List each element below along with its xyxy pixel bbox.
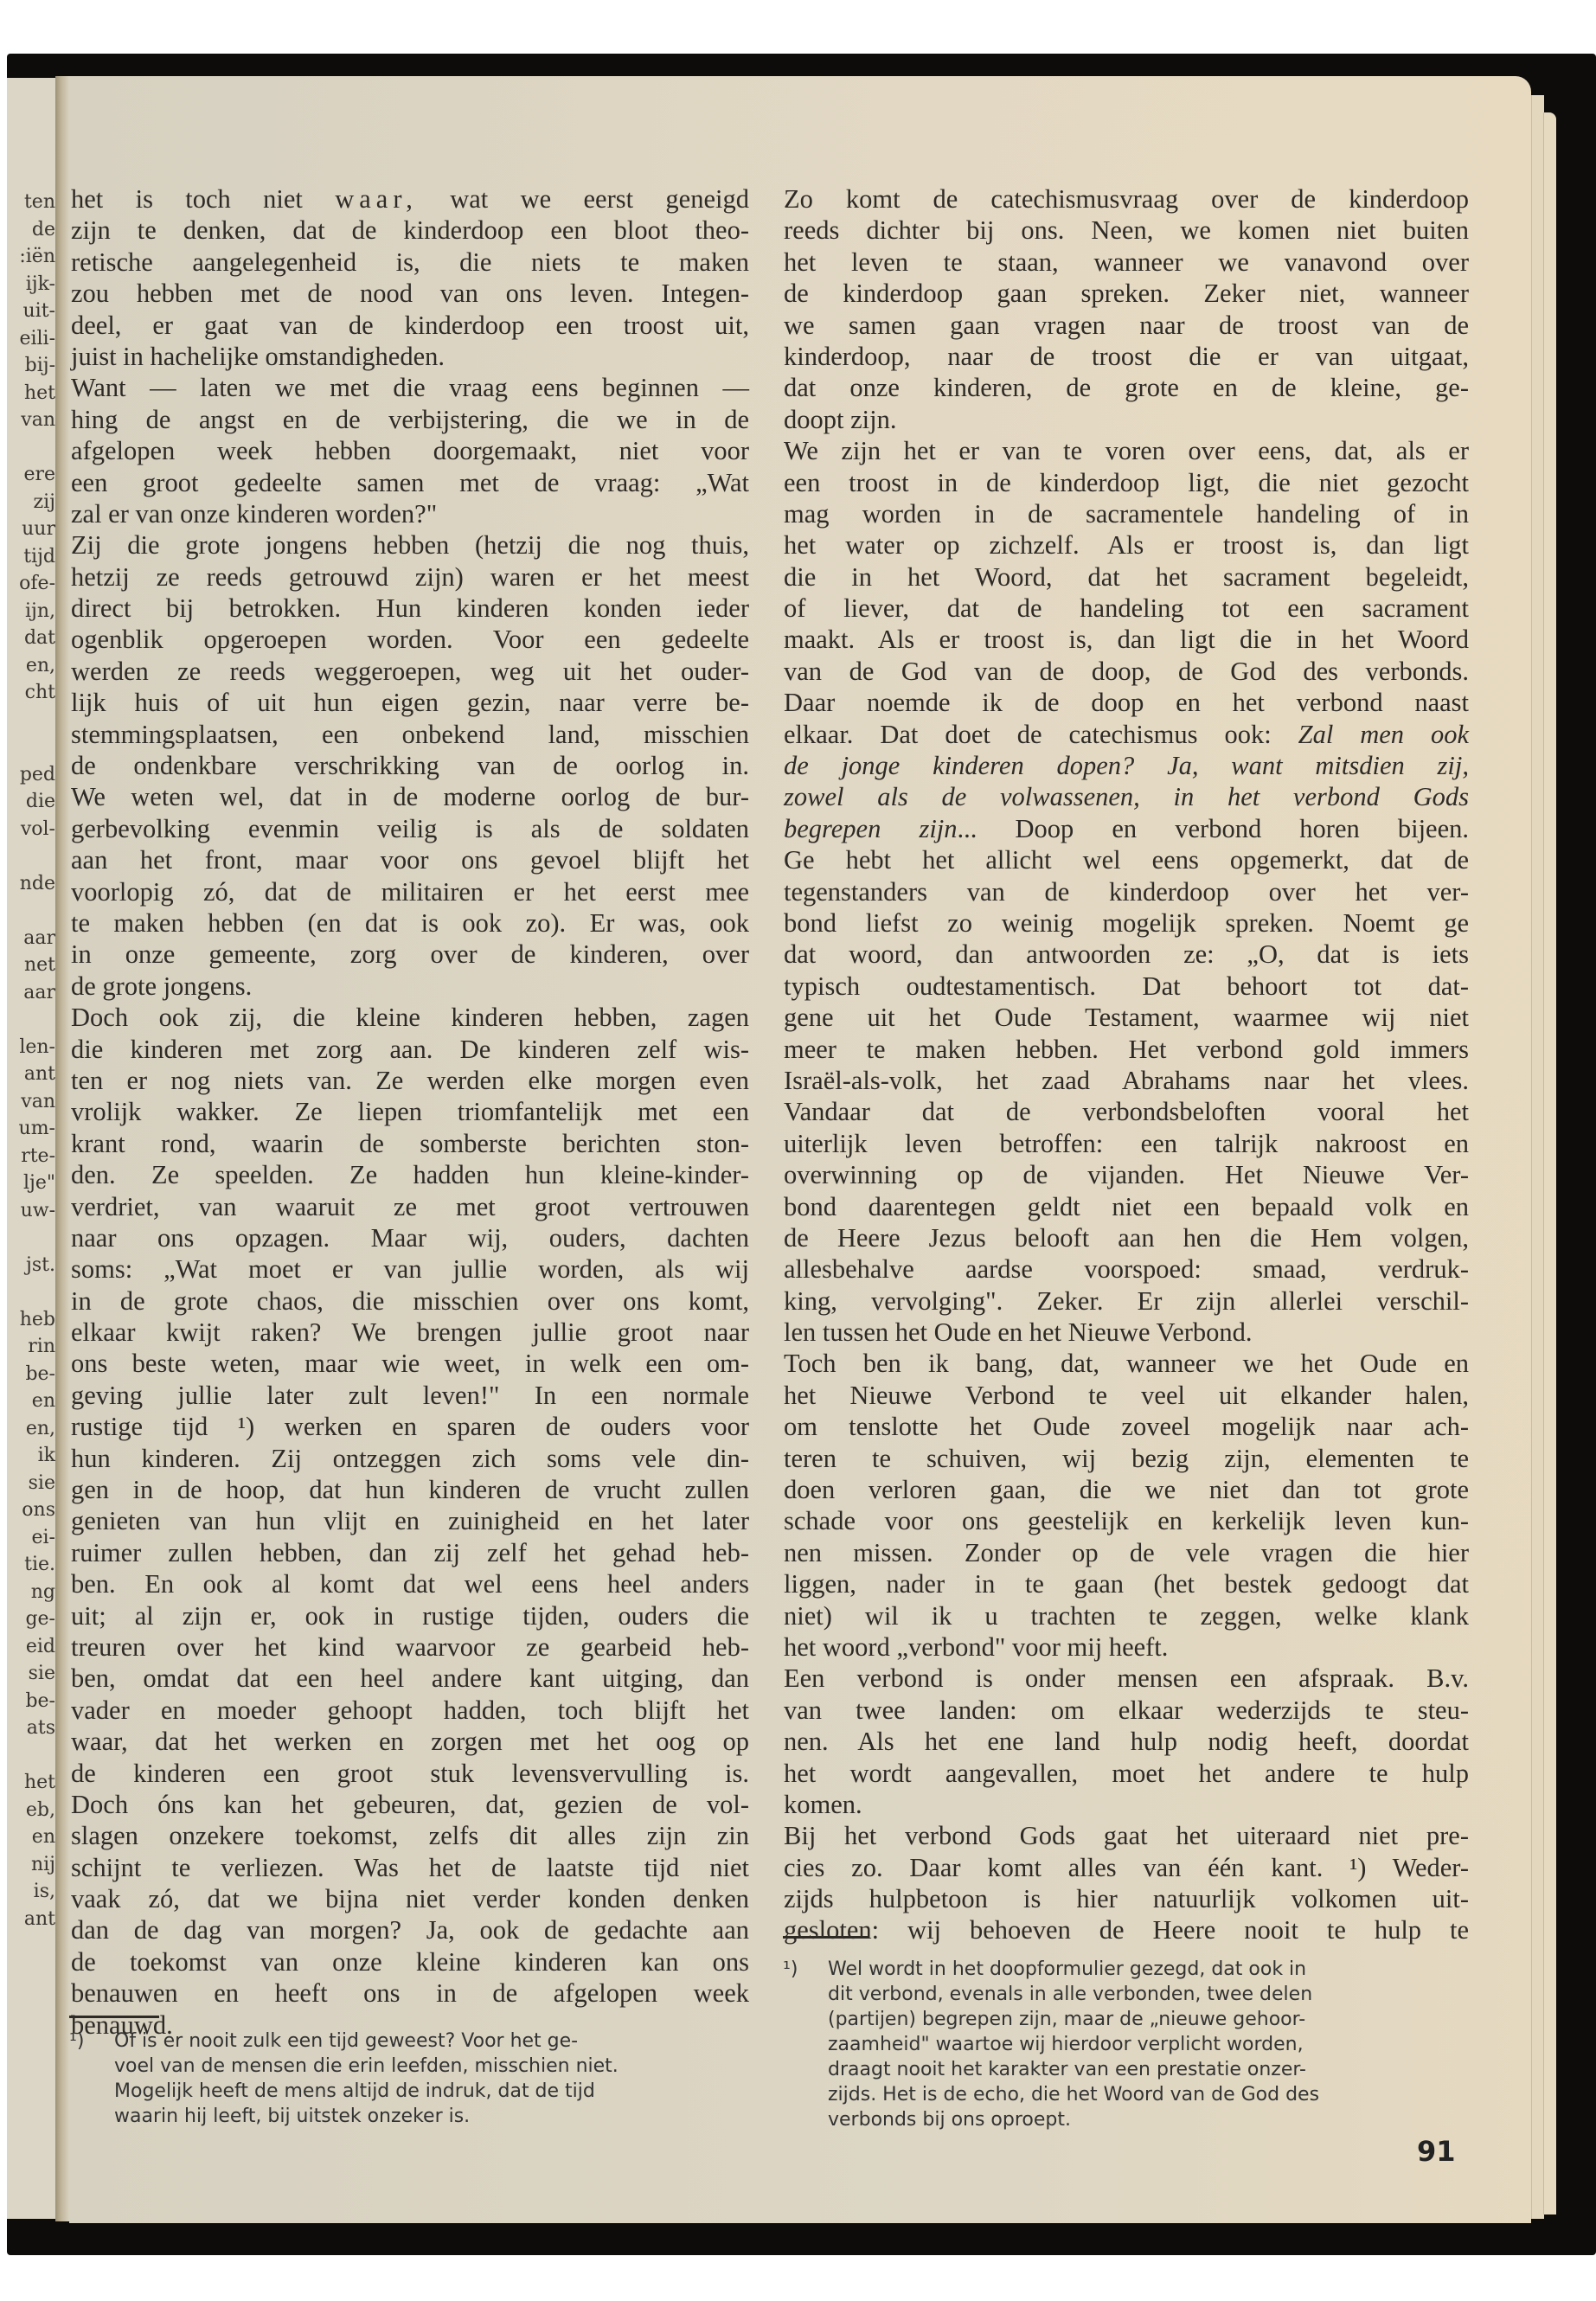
previous-page-fragment: uit- — [23, 301, 55, 322]
previous-page-fragment: en — [32, 1827, 55, 1848]
text-line: dan de dag van morgen? Ja, ook de gedach… — [71, 1914, 749, 1945]
previous-page-fragment: rte- — [21, 1146, 55, 1167]
text-line: kinderdoop, naar de troost die er van ui… — [784, 341, 1469, 372]
text-line: waar, dat het werken en zorgen met het o… — [71, 1726, 749, 1757]
text-line: de jonge kinderen dopen? Ja, want mitsdi… — [784, 750, 1469, 781]
text-line: een groot gedeelte samen met de vraag: „… — [71, 467, 749, 498]
text-line: de Heere Jezus belooft aan hen die Hem v… — [784, 1222, 1469, 1253]
text-line: om tenslotte het Oude zoveel mogelijk na… — [784, 1411, 1469, 1442]
footnote-marker: ¹) — [69, 2029, 84, 2054]
previous-page-fragment: zij — [34, 492, 55, 513]
text-line: rustige tijd ¹) werken en sparen de oude… — [71, 1411, 749, 1442]
text-line: We weten wel, dat in de moderne oorlog d… — [71, 781, 749, 812]
previous-page-fragment: ped — [20, 765, 55, 785]
page-gutter — [55, 76, 69, 2221]
previous-page-fragment: aar — [23, 983, 55, 1003]
text-line: in de grote chaos, die misschien over on… — [71, 1285, 749, 1317]
text-line: ons beste weten, maar wie weet, in welk … — [71, 1348, 749, 1379]
text-line: Toch ben ik bang, dat, wanneer we het Ou… — [784, 1348, 1469, 1379]
text-line: in onze gemeente, zorg over de kinderen,… — [71, 939, 749, 970]
footnote-divider — [69, 2016, 159, 2018]
text-line: retische aangelegenheid is, die niets te… — [71, 247, 749, 278]
text-line: hun kinderen. Zij ontzeggen zich soms ve… — [71, 1443, 749, 1474]
text-line: Doch ook zij, die kleine kinderen hebben… — [71, 1002, 749, 1033]
text-line: van twee landen: om elkaar wederzijds te… — [784, 1695, 1469, 1726]
footnote-line: waarin hij leeft, bij uitstek onzeker is… — [114, 2104, 476, 2129]
previous-page-fragment: ten — [24, 192, 55, 213]
previous-page-fragment: tie. — [24, 1554, 55, 1575]
previous-page-fragment: len- — [19, 1037, 55, 1058]
footnote-line: Wel wordt in het doopformulier gezegd, d… — [828, 1957, 1185, 1982]
previous-page-fragment: ant — [24, 1909, 55, 1930]
previous-page-fragment: ik — [38, 1445, 55, 1466]
text-line: een troost in de kinderdoop ligt, die ni… — [784, 467, 1469, 498]
text-line: hetzij ze reeds getrouwd zijn) waren er … — [71, 561, 749, 593]
previous-page-fragment: en, — [26, 656, 55, 676]
text-line: gene uit het Oude Testament, waarmee wij… — [784, 1002, 1469, 1033]
text-line: Een verbond is onder mensen een afspraak… — [784, 1663, 1469, 1694]
text-line: king, vervolging". Zeker. Er zijn allerl… — [784, 1285, 1469, 1317]
previous-page-fragment: van — [21, 410, 55, 431]
text-line: allesbehalve aardse voorspoed: smaad, ve… — [784, 1253, 1469, 1285]
text-line: het is toch niet waar, wat we eerst gene… — [71, 183, 749, 215]
previous-page-fragment: ats — [27, 1718, 55, 1739]
text-line: treuren over het kind waarvoor ze gearbe… — [71, 1631, 749, 1663]
footnote-line: dit verbond, evenals in alle verbonden, … — [828, 1982, 1185, 2007]
right-footnote: ¹)Wel wordt in het doopformulier gezegd,… — [783, 1957, 1185, 2132]
text-line: Daar noemde ik de doop en het verbond na… — [784, 687, 1469, 718]
text-line: lijk huis of uit hun eigen gezin, naar v… — [71, 687, 749, 718]
previous-page-fragment: net — [24, 955, 55, 976]
text-line: zou hebben met de nood van ons leven. In… — [71, 278, 749, 309]
text-line: de kinderen een groot stuk levensvervull… — [71, 1758, 749, 1789]
text-line: we samen gaan vragen naar de troost van … — [784, 310, 1469, 341]
text-line: Zij die grote jongens hebben (hetzij die… — [71, 529, 749, 561]
text-line: overwinning op de vijanden. Het Nieuwe V… — [784, 1159, 1469, 1190]
text-line: gesloten: wij behoeven de Heere nooit te… — [784, 1914, 1469, 1945]
text-line: vader en moeder gehoopt hadden, toch bli… — [71, 1695, 749, 1726]
text-line: uiterlijk leven betroffen: een talrijk n… — [784, 1128, 1469, 1159]
text-line: Vandaar dat de verbondsbeloften vooral h… — [784, 1096, 1469, 1127]
text-line: de toekomst van onze kleine kinderen kan… — [71, 1946, 749, 1977]
text-line: gen in de hoop, dat hun kinderen de vruc… — [71, 1474, 749, 1505]
text-line: elkaar kwijt raken? We brengen jullie gr… — [71, 1317, 749, 1348]
previous-page-fragment: tijd — [23, 547, 55, 567]
footnote-marker: ¹) — [783, 1957, 798, 1982]
text-line: te maken hebben (en dat is ook zo). Er w… — [71, 907, 749, 939]
previous-page-fragment: het — [24, 383, 55, 404]
text-line: uit; al zijn er, ook in rustige tijden, … — [71, 1600, 749, 1631]
text-line: vaak zó, dat we bijna niet verder konden… — [71, 1883, 749, 1914]
previous-page-fragment: ons — [22, 1500, 55, 1521]
text-line: geving jullie later zult leven!" In een … — [71, 1380, 749, 1411]
text-line: meer te maken hebben. Het verbond gold i… — [784, 1034, 1469, 1065]
text-line: de grote jongens. — [71, 971, 749, 1002]
text-line: liggen, nader in te gaan (het bestek ged… — [784, 1568, 1469, 1599]
text-line: benauwen en heeft ons in de afgelopen we… — [71, 1977, 749, 2009]
text-line: de kinderdoop gaan spreken. Zeker niet, … — [784, 278, 1469, 309]
text-line: hing de angst en de verbijstering, die w… — [71, 404, 749, 435]
text-line: ben. En ook al komt dat wel eens heel an… — [71, 1568, 749, 1599]
text-line: mag worden in de sacramentele handeling … — [784, 498, 1469, 529]
text-line: teren te schuiven, wij bezig zijn, eleme… — [784, 1443, 1469, 1474]
text-line: reeds dichter bij ons. Neen, we komen ni… — [784, 215, 1469, 246]
previous-page-fragment: bij- — [25, 356, 55, 376]
text-line: vrolijk wakker. Ze liepen triomfantelijk… — [71, 1096, 749, 1127]
text-line: juist in hachelijke omstandigheden. — [71, 341, 749, 372]
text-line: het water op zichzelf. Als er troost is,… — [784, 529, 1469, 561]
previous-page-fragment: eb, — [26, 1800, 55, 1821]
text-line: komen. — [784, 1789, 1469, 1820]
previous-page-fragment: is, — [34, 1881, 55, 1902]
text-line: Zo komt de catechismusvraag over de kind… — [784, 183, 1469, 215]
previous-page-fragment: sie — [29, 1473, 55, 1494]
previous-page-fragment: aar — [23, 928, 55, 949]
footnote-line: Of is er nooit zulk een tijd geweest? Vo… — [114, 2029, 476, 2054]
footnote-line: draagt nooit het karakter van een presta… — [828, 2057, 1185, 2082]
previous-page-fragment: ei- — [32, 1528, 56, 1548]
text-line: schijnt te verliezen. Was het de laatste… — [71, 1852, 749, 1883]
text-line: len tussen het Oude en het Nieuwe Verbon… — [784, 1317, 1469, 1348]
previous-page-fragment: die — [26, 792, 55, 812]
text-line: dat onze kinderen, de grote en de kleine… — [784, 372, 1469, 403]
footnote-line: zijds. Het is de echo, die het Woord van… — [828, 2082, 1185, 2107]
previous-page-fragment: uur — [22, 519, 55, 540]
previous-page-fragment: be- — [25, 1364, 55, 1385]
previous-page-fragment: vol- — [21, 819, 55, 840]
text-line: gerbevolking evenmin veilig is als de so… — [71, 813, 749, 844]
text-line: We zijn het er van te voren over eens, d… — [784, 435, 1469, 466]
text-line: van de God van de doop, de God des verbo… — [784, 656, 1469, 687]
right-column-text: Zo komt de catechismusvraag over de kind… — [784, 183, 1469, 1946]
previous-page-fragment: heb — [20, 1310, 55, 1330]
text-line: doopt zijn. — [784, 404, 1469, 435]
text-line: voorlopig zó, dat de militairen er het e… — [71, 876, 749, 907]
previous-page-fragment: de — [32, 220, 55, 240]
previous-page-fragment: en, — [26, 1419, 55, 1439]
text-line: begrepen zijn... Doop en verbond horen b… — [784, 813, 1469, 844]
previous-page-fragment: nde — [20, 874, 55, 894]
previous-page-fragment: um- — [19, 1118, 55, 1139]
previous-page-fragment: rin — [28, 1336, 55, 1357]
text-line: zijn te denken, dat de kinderdoop een bl… — [71, 215, 749, 246]
previous-page-fragment: eili- — [19, 329, 55, 349]
previous-page-fragment: cht — [25, 683, 55, 703]
text-line: Israël-als-volk, het zaad Abrahams naar … — [784, 1065, 1469, 1096]
text-line: slagen onzekere toekomst, zelfs dit alle… — [71, 1820, 749, 1851]
text-line: nen. Als het ene land hulp nodig heeft, … — [784, 1726, 1469, 1757]
text-line: het wordt aangevallen, moet het andere t… — [784, 1758, 1469, 1789]
footnote-line: voel van de mensen die erin leefden, mis… — [114, 2054, 476, 2079]
footnote-divider — [783, 1936, 869, 1939]
text-line: de ondenkbare verschrikking van de oorlo… — [71, 750, 749, 781]
previous-page-fragment: ere — [23, 465, 55, 485]
text-line: ogenblik opgeroepen worden. Voor een ged… — [71, 624, 749, 655]
text-line: Want — laten we met die vraag eens begin… — [71, 372, 749, 403]
text-line: nen missen. Zonder op de vele vragen die… — [784, 1537, 1469, 1568]
text-line: tegenstanders van de kinderdoop over het… — [784, 876, 1469, 907]
text-line: elkaar. Dat doet de catechismus ook: Zal… — [784, 719, 1469, 750]
previous-page-fragment: ofe- — [19, 574, 55, 594]
previous-page-fragment: sie — [29, 1663, 55, 1684]
text-line: stemmingsplaatsen, een onbekend land, mi… — [71, 719, 749, 750]
text-line: zal er van onze kinderen worden?" — [71, 498, 749, 529]
text-line: Doch óns kan het gebeuren, dat, gezien d… — [71, 1789, 749, 1820]
previous-page-fragment: het — [24, 1772, 55, 1793]
text-line: Bij het verbond Gods gaat het uiteraard … — [784, 1820, 1469, 1851]
text-line: of liever, dat de handeling tot een sacr… — [784, 593, 1469, 624]
footnote-line: Mogelijk heeft de mens altijd de indruk,… — [114, 2079, 476, 2104]
text-line: doen verloren gaan, die we niet dan tot … — [784, 1474, 1469, 1505]
footnote-line: (partijen) begrepen zijn, maar de „nieuw… — [828, 2007, 1185, 2032]
previous-page-fragment: eid — [26, 1637, 55, 1657]
page-number: 91 — [1417, 2135, 1456, 2168]
text-line: het leven te staan, wanneer we vanavond … — [784, 247, 1469, 278]
previous-page-fragment: ng — [31, 1582, 55, 1603]
previous-page-margin: tende:iënijk-uit-eili-bij-hetvanerezijuu… — [7, 78, 59, 2219]
text-line: genieten van hun vlijt en zuinigheid en … — [71, 1505, 749, 1536]
text-line: niet) wil ik u trachten te zeggen, welke… — [784, 1600, 1469, 1631]
left-footnote: ¹)Of is er nooit zulk een tijd geweest? … — [69, 2029, 476, 2129]
text-line: bond daarentegen geldt niet een bepaald … — [784, 1191, 1469, 1222]
previous-page-fragment: jst. — [26, 1255, 55, 1276]
text-line: dat woord, dan antwoorden ze: „O, dat is… — [784, 939, 1469, 970]
previous-page-fragment: nij — [31, 1855, 55, 1875]
text-line: cies zo. Daar komt alles van één kant. ¹… — [784, 1852, 1469, 1883]
text-line: die in het Woord, dat het sacrament bege… — [784, 561, 1469, 593]
previous-page-fragment: lje" — [23, 1173, 55, 1194]
previous-page-fragment: ge- — [25, 1609, 55, 1630]
text-line: het Nieuwe Verbond te veel uit elkander … — [784, 1380, 1469, 1411]
text-line: direct bij betrokken. Hun kinderen konde… — [71, 593, 749, 624]
text-line: ben, omdat dat een heel andere kant uitg… — [71, 1663, 749, 1694]
text-line: zijds hulpbetoon is hier natuurlijk volk… — [784, 1883, 1469, 1914]
text-line: soms: „Wat moet er van jullie worden, al… — [71, 1253, 749, 1285]
previous-page-fragment: ant — [24, 1064, 55, 1085]
page-edge — [1531, 95, 1544, 2219]
footnote-line: verbonds bij ons oproept. — [828, 2107, 1185, 2132]
text-line: deel, er gaat van de kinderdoop een troo… — [71, 310, 749, 341]
previous-page-fragment: uw- — [21, 1201, 55, 1221]
page-edge — [1543, 112, 1556, 2214]
text-line: het woord „verbond" voor mij heeft. — [784, 1631, 1469, 1663]
text-line: die kinderen met zorg aan. De kinderen z… — [71, 1034, 749, 1065]
text-line: ten er nog niets van. Ze werden elke mor… — [71, 1065, 749, 1096]
text-line: bond liefst zo weinig mogelijk spreken. … — [784, 907, 1469, 939]
previous-page-fragment: en — [32, 1391, 55, 1412]
previous-page-fragment: ijn, — [25, 601, 55, 622]
footnote-line: zaamheid" waartoe wij hierdoor verplicht… — [828, 2032, 1185, 2057]
text-line: maakt. Als er troost is, dan ligt die in… — [784, 624, 1469, 655]
text-line: naar ons opzagen. Maar wij, ouders, dach… — [71, 1222, 749, 1253]
previous-page-fragment: be- — [25, 1691, 55, 1712]
text-line: ruimer zullen hebben, dan zij zelf het g… — [71, 1537, 749, 1568]
text-line: Ge hebt het allicht wel eens opgemerkt, … — [784, 844, 1469, 875]
text-line: verdriet, van waaruit ze met groot vertr… — [71, 1191, 749, 1222]
text-line: typisch oudtestamentisch. Dat behoort to… — [784, 971, 1469, 1002]
previous-page-fragment: ijk- — [26, 274, 55, 295]
previous-page-fragment: dat — [24, 628, 55, 649]
text-line: afgelopen week hebben doorgemaakt, niet … — [71, 435, 749, 466]
text-line: krant rond, waarin de somberste berichte… — [71, 1128, 749, 1159]
previous-page-fragment: van — [21, 1092, 55, 1112]
text-line: aan het front, maar voor ons gevoel blij… — [71, 844, 749, 875]
left-column-text: het is toch niet waar, wat we eerst gene… — [71, 183, 749, 2041]
text-line: zowel als de volwassenen, in het verbond… — [784, 781, 1469, 812]
text-line: werden ze reeds weggeroepen, weg uit het… — [71, 656, 749, 687]
text-line: den. Ze speelden. Ze hadden hun kleine-k… — [71, 1159, 749, 1190]
text-line: schade voor ons geestelijk en kerkelijk … — [784, 1505, 1469, 1536]
previous-page-fragment: :iën — [19, 247, 55, 267]
